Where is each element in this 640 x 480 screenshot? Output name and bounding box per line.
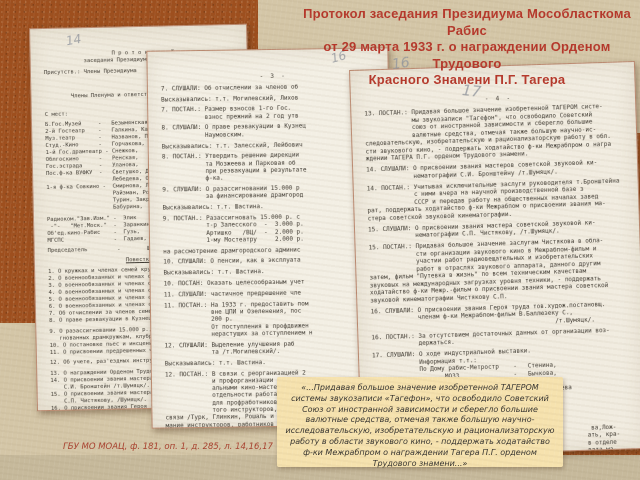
handwritten-sheet-number-14: 14: [65, 32, 82, 48]
presentation-slide: П р о т о к о л №заседания Президиума Мо…: [0, 0, 640, 480]
slide-title-line2: от 29 марта 1933 г. о награждении Ордено…: [298, 39, 636, 72]
slide-title-line1: Протокол заседания Президиума Мособластк…: [298, 6, 636, 39]
slide-title: Протокол заседания Президиума Мособластк…: [298, 6, 636, 89]
archive-citation: ГБУ МО МОАЦ, ф. 181, оп. 1, д. 285, л. 1…: [36, 442, 300, 452]
slide-title-line3: Красного Знамени П.Г. Тагера: [298, 72, 636, 89]
quote-box: «...Придавая большое значение изобретенн…: [277, 377, 563, 467]
